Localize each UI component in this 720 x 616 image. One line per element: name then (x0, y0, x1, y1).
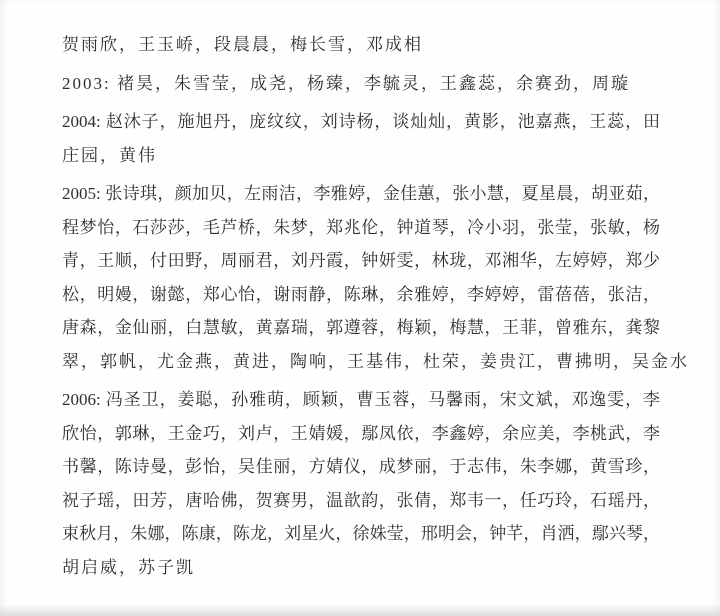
text-line: 贺雨欣，王玉峤，段晨晨，梅长雪，邓成相 (62, 28, 660, 62)
text-line: 2006: 冯圣卫，姜聪，孙雅萌，顾颖，曹玉蓉，马馨雨，宋文斌，邓逸雯，李 (62, 383, 660, 417)
text-line: 2005: 张诗琪，颜加贝，左雨洁，李雅婷，金佳蕙，张小慧，夏星晨，胡亚茹， (62, 177, 660, 211)
document-page: 贺雨欣，王玉峤，段晨晨，梅长雪，邓成相2003: 褚昊，朱雪莹，成尧，杨臻，李毓… (0, 0, 720, 616)
text-line: 程梦怡，石莎莎，毛芦桥，朱梦，郑兆伦，钟道琴，冷小羽，张莹，张敏，杨 (62, 211, 660, 245)
text-line: 翠，郭帆，尤金燕，黄进，陶响，王基伟，杜荣，姜贵江，曹拂明，吴金水 (62, 345, 660, 379)
name-list: 贺雨欣，王玉峤，段晨晨，梅长雪，邓成相2003: 褚昊，朱雪莹，成尧，杨臻，李毓… (62, 28, 660, 584)
text-line: 束秋月，朱娜，陈康，陈龙，刘星火，徐姝莹，邢明会，钟芊，肖洒，鄢兴琴， (62, 517, 660, 551)
text-line: 欣怡，郭琳，王金巧，刘卢，王婧媛，鄢凤依，李鑫婷，余应美，李桃武，李 (62, 417, 660, 451)
text-line: 松，明嫚，谢懿，郑心怡，谢雨静，陈琳，余雅婷，李婷婷，雷蓓蓓，张洁， (62, 278, 660, 312)
text-line: 2003: 褚昊，朱雪莹，成尧，杨臻，李毓灵，王鑫蕊，余赛劲，周璇 (62, 67, 660, 101)
text-line: 唐森，金仙丽，白慧敏，黄嘉瑞，郭遵蓉，梅颖，梅慧，王菲，曾雅东，龚黎 (62, 311, 660, 345)
text-line: 2004: 赵沐子，施旭丹，庞纹纹，刘诗杨，谈灿灿，黄影，池嘉燕，王蕊，田 (62, 105, 660, 139)
text-line: 青，王顺，付田野，周丽君，刘丹霞，钟妍雯，林珑，邓湘华，左婷婷，郑少 (62, 244, 660, 278)
text-line: 胡启威，苏子凯 (62, 551, 660, 585)
text-line: 书馨，陈诗曼，彭怡，吴佳丽，方婧仪，成梦丽，于志伟，朱李娜，黄雪珍， (62, 450, 660, 484)
text-line: 祝子瑶，田芳，唐哈佛，贺赛男，温歆韵，张倩，郑韦一，任巧玲，石瑶丹， (62, 484, 660, 518)
text-line: 庄园，黄伟 (62, 139, 660, 173)
